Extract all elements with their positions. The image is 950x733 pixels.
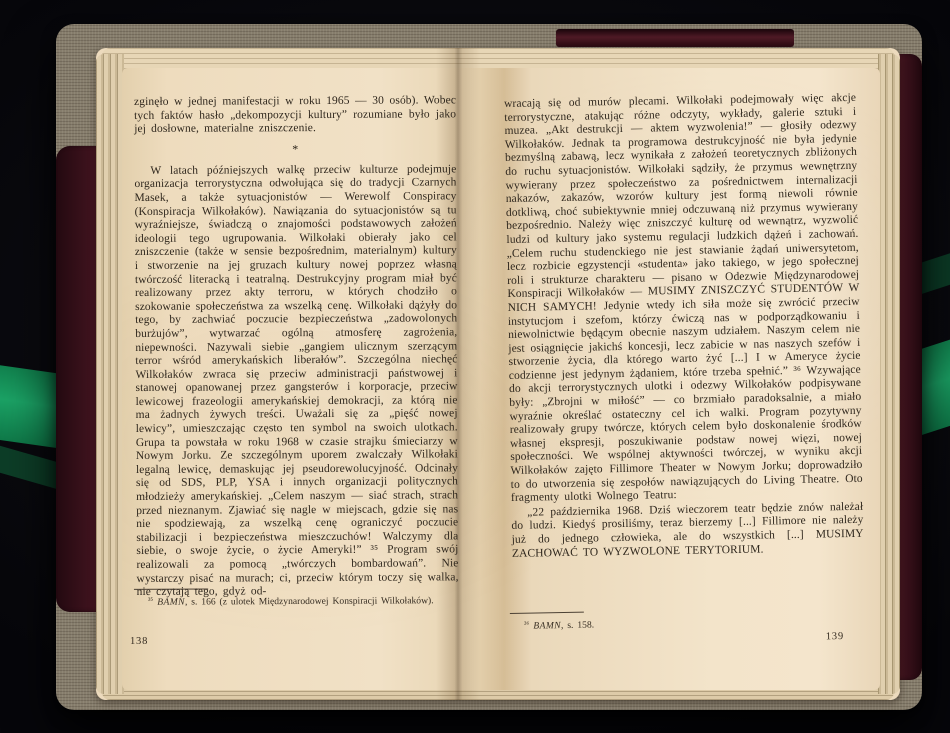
page-edges-left <box>96 54 124 694</box>
footnote-rule <box>134 588 208 589</box>
page-number-left: 138 <box>130 636 148 647</box>
left-page-footnote: ³⁵BAMN, s. 166 (z ulotek Międzynarodowej… <box>134 587 456 608</box>
book-spine-gap <box>556 29 794 47</box>
left-page: zginęło w jednej manifestacji w roku 196… <box>134 94 459 599</box>
footnote-marker: ³⁵ <box>148 596 153 605</box>
footnote-rest: , s. 158. <box>561 620 594 632</box>
footnote-rule <box>510 612 584 614</box>
open-book: zginęło w jednej manifestacji w roku 196… <box>56 24 922 710</box>
footnote-source: BAMN <box>157 597 185 608</box>
right-page-body-paragraph: wracają się od murów plecami. Wilkołaki … <box>504 92 863 506</box>
photo-background: zginęło w jednej manifestacji w roku 196… <box>0 0 950 733</box>
page-edges-top <box>102 48 894 70</box>
right-page-quote-paragraph: „22 października 1968. Dziś wieczorem te… <box>511 501 864 562</box>
page-edges-right <box>878 54 900 694</box>
footnote-text: ³⁵BAMN, s. 166 (z ulotek Międzynarodowej… <box>134 593 456 608</box>
footnote-source: BAMN <box>533 620 561 631</box>
footnote-marker: ³⁶ <box>524 620 529 629</box>
page-block: zginęło w jednej manifestacji w roku 196… <box>96 48 900 700</box>
right-page: wracają się od murów plecami. Wilkołaki … <box>504 92 864 561</box>
left-page-intro-paragraph: zginęło w jednej manifestacji w roku 196… <box>134 94 456 136</box>
left-page-body-paragraph: W latach późniejszych walkę przeciw kult… <box>134 163 458 600</box>
section-separator-asterisk: * <box>134 142 456 156</box>
footnote-rest: , s. 166 (z ulotek Międzynarodowej Konsp… <box>185 595 434 607</box>
